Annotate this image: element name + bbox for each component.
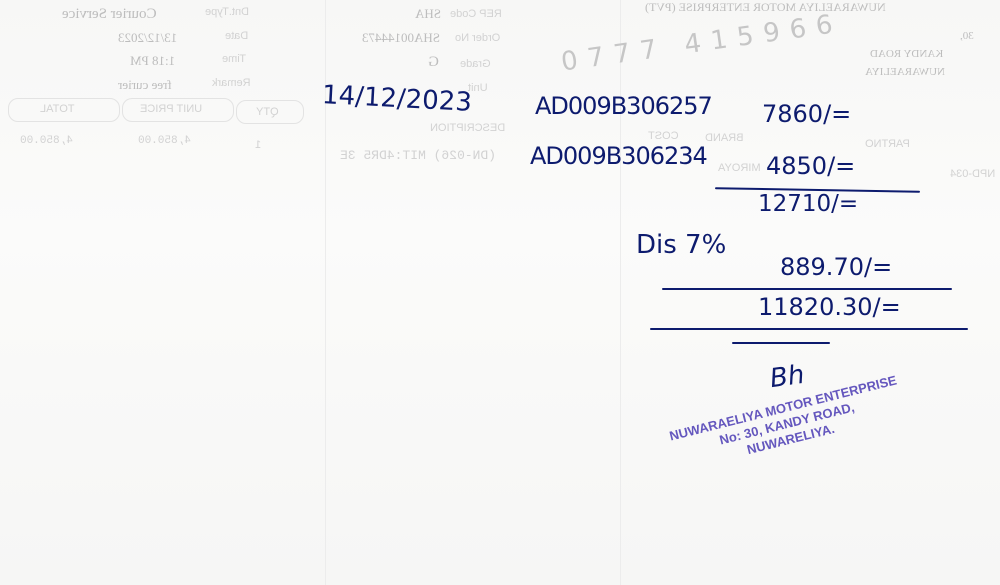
ghost-header: PARTNO <box>865 138 910 150</box>
discount-label: Dis 7% <box>636 230 726 260</box>
ghost-label: Dnt.Type <box>205 6 249 18</box>
item-part-no: AD009B306234 <box>530 142 707 170</box>
handwritten-date: 14/12/2023 <box>321 80 472 118</box>
discount-amount: 889.70/= <box>780 253 892 281</box>
ghost-label: Time <box>222 53 246 65</box>
ghost-part: NPD-034 <box>950 168 995 180</box>
ghost-company: NUWARAELIYA MOTOR ENTERPRISE (PVT) <box>645 0 886 15</box>
net-rule <box>662 288 952 290</box>
ghost-grade: G <box>428 54 439 71</box>
ghost-header: TOTAL <box>40 103 74 115</box>
ghost-description: (DN-026) MIT:4DR5 3E <box>340 148 496 163</box>
ghost-qty: 1 <box>255 139 261 151</box>
ghost-header: UNIT PRICE <box>140 103 202 115</box>
subtotal: 12710/= <box>758 191 858 217</box>
item-amount: 4850/= <box>766 152 855 180</box>
underline-rule <box>650 328 968 330</box>
ghost-order-no: SHA00144473 <box>362 30 440 46</box>
ghost-label: Remark <box>212 77 251 89</box>
ghost-header: COST <box>648 130 679 142</box>
ghost-dnt-type: Courier Service <box>62 6 157 23</box>
ghost-header: QTY <box>256 106 279 118</box>
ghost-brand: MIROYA <box>718 162 761 174</box>
ghost-unit-price: 4,850.00 <box>138 135 191 147</box>
net-total: 11820.30/= <box>758 293 901 321</box>
ghost-description-header: DESCRIPTION <box>430 122 505 134</box>
ghost-divider <box>620 0 621 585</box>
ghost-address: KANDY ROAD <box>870 48 943 60</box>
item-amount: 7860/= <box>762 100 851 128</box>
ghost-header: BRAND <box>705 132 744 144</box>
ghost-label: Date <box>225 30 248 42</box>
ghost-label: Grade <box>460 58 491 70</box>
ghost-remark: free curier <box>118 77 172 93</box>
ghost-label: REP Code <box>450 8 502 20</box>
item-part-no: AD009B306257 <box>535 92 712 120</box>
ghost-total: 4,850.00 <box>20 135 73 147</box>
ghost-time: 1:18 PM <box>130 53 175 69</box>
signature: Bh <box>768 360 806 394</box>
ghost-address: NUWARAELIYA <box>865 66 945 78</box>
ghost-rep-code: SHA <box>415 6 441 22</box>
underline-rule <box>732 342 830 344</box>
ghost-address: 30, <box>960 30 974 42</box>
pencil-phone-number: 0777 415966 <box>559 8 844 77</box>
ghost-label: Order No <box>455 32 500 44</box>
ghost-date: 13/12/2023 <box>118 30 177 46</box>
